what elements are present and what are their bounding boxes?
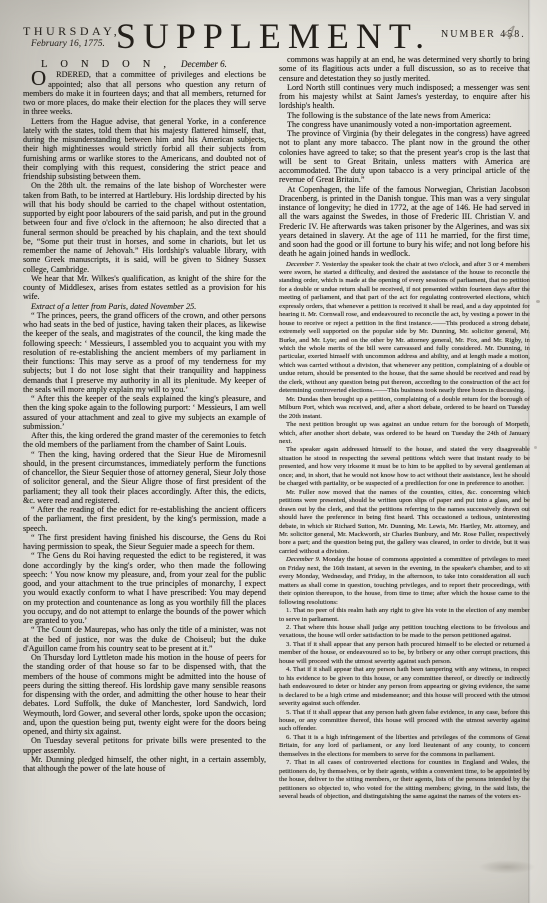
paragraph: December 7. Yesterday the speaker took t… — [279, 261, 530, 396]
paragraph: At Copenhagen, the life of the famous No… — [279, 185, 530, 259]
paragraph: We hear that Mr. Wilkes's qualification,… — [23, 274, 266, 302]
resolution-item: 2. That where this house shall judge any… — [279, 624, 530, 641]
resolution-item: 6. That it is a high infringement of the… — [279, 734, 530, 759]
ink-smudge — [478, 860, 536, 874]
paragraph: commons was happily at an end, he was de… — [279, 55, 530, 83]
paragraph: Mr. Fuller now moved that the names of t… — [279, 489, 530, 557]
paragraph: “ The Count de Maurepas, who has only th… — [23, 625, 266, 653]
paragraph: ORDERED, that a committee of privileges … — [23, 70, 266, 116]
paragraph: “ After this the keeper of the seals exp… — [23, 394, 266, 431]
resolution-item: 1. That no peer of this realm hath any r… — [279, 607, 530, 624]
paragraph: After this, the king ordered the grand m… — [23, 431, 266, 450]
paragraph: The following is the substance of the la… — [279, 111, 530, 120]
handwritten-mark: 4 — [502, 19, 517, 45]
paragraph: The congress have unanimously voted a no… — [279, 120, 530, 129]
paragraph-text: Monday the house of commons appointed a … — [279, 556, 530, 605]
resolution-item: 7. That in all cases of controverted ele… — [279, 759, 530, 801]
dateline: LONDON, December 6. — [23, 60, 266, 69]
paragraph: “ The princes, peers, the grand officers… — [23, 311, 266, 394]
right-column: commons was happily at an end, he was de… — [279, 55, 530, 887]
date-lead: December 7. — [286, 261, 320, 268]
paragraph: Letters from the Hague advise, that gene… — [23, 117, 266, 182]
paper-speck — [534, 446, 537, 449]
masthead-date: February 16, 1775. — [31, 39, 105, 49]
parliamentary-report-section: December 7. Yesterday the speaker took t… — [279, 261, 530, 802]
paragraph: The speaker again addressed himself to t… — [279, 446, 530, 488]
dateline-city: LONDON, — [41, 60, 179, 69]
paragraph: On Thursday lord Lyttleton made his moti… — [23, 653, 266, 736]
paragraph: The province of Virginia (by their deleg… — [279, 129, 530, 185]
paragraph-text: RDERED, that a committee of privileges a… — [23, 70, 266, 116]
resolution-item: 5. That if it shall appear that any pers… — [279, 709, 530, 734]
dateline-date: December 6. — [181, 60, 227, 69]
date-lead: December 9. — [286, 556, 321, 563]
paper-speck — [536, 300, 540, 303]
paragraph: “ The first president having finished hi… — [23, 533, 266, 552]
resolution-item: 3. That if it shall appear that any pers… — [279, 641, 530, 666]
newspaper-page: THURSDAY, February 16, 1775. SUPPLEMENT.… — [0, 0, 547, 903]
paper-edge — [531, 0, 547, 903]
extract-heading: Extract of a letter from Paris, dated No… — [23, 302, 266, 311]
paragraph: On Tuesday several petitons for private … — [23, 736, 266, 755]
paragraph: “ After the reading of the edict for re-… — [23, 505, 266, 533]
masthead-day: THURSDAY, — [23, 24, 120, 39]
paragraph: Lord North still continues very much ind… — [279, 83, 530, 111]
paragraph: “ The Gens du Roi having requested the e… — [23, 551, 266, 625]
paragraph: Mr. Dundas then brought up a petition, c… — [279, 396, 530, 421]
resolution-item: 4. That if it shall appear that any pers… — [279, 666, 530, 708]
masthead-title: SUPPLEMENT. — [116, 15, 431, 57]
paragraph: The next petition brought up was against… — [279, 421, 530, 446]
paragraph: December 9. Monday the house of commons … — [279, 556, 530, 607]
paragraph-text: Yesterday the speaker took the chair at … — [279, 261, 530, 395]
drop-cap: O — [23, 70, 48, 87]
left-column: LONDON, December 6. ORDERED, that a comm… — [23, 60, 266, 876]
paragraph: Mr. Dunning pledged himself, the other n… — [23, 755, 266, 774]
paragraph: “ Then the king, having ordered that the… — [23, 450, 266, 506]
paragraph: On the 28th ult. the remains of the late… — [23, 181, 266, 274]
